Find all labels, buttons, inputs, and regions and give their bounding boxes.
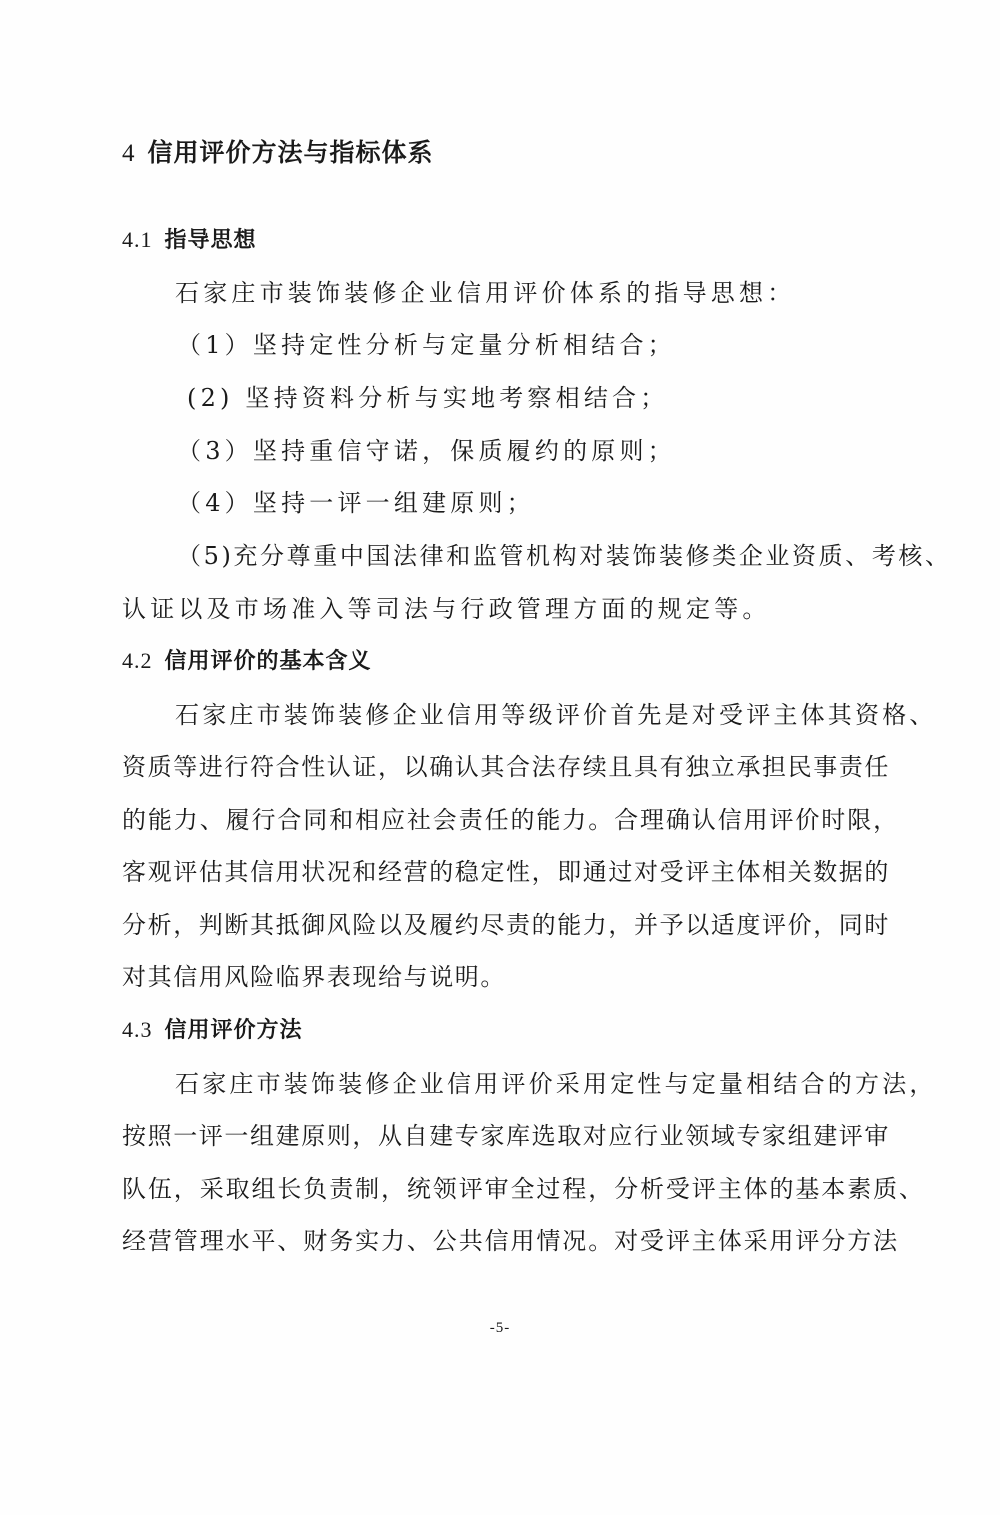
section-number: 4.3 (122, 1017, 153, 1042)
list-item: （3）坚持重信守诺，保质履约的原则； (177, 436, 676, 466)
paragraph-line: 对其信用风险临界表现给与说明。 (122, 962, 506, 992)
list-item-continuation: 认证以及市场准入等司法与行政管理方面的规定等。 (122, 594, 771, 624)
section-title: 信用评价方法 (165, 1018, 303, 1043)
paragraph-line: 资质等进行符合性认证，以确认其合法存续且具有独立承担民事责任 (122, 752, 890, 782)
paragraph-line: 石家庄市装饰装修企业信用等级评价首先是对受评主体其资格、 (175, 700, 937, 730)
paragraph-line: 石家庄市装饰装修企业信用评价体系的指导思想： (175, 278, 795, 308)
paragraph-line: 分析，判断其抵御风险以及履约尽责的能力，并予以适度评价，同时 (122, 910, 890, 940)
section-4-2-heading: 4.2信用评价的基本含义 (122, 646, 372, 677)
section-title: 指导思想 (165, 228, 257, 253)
paragraph-line: 按照一评一组建原则，从自建专家库选取对应行业领域专家组建评审 (122, 1121, 890, 1151)
list-item: (2) 坚持资料分析与实地考察相结合； (187, 383, 668, 413)
section-4-1-heading: 4.1指导思想 (122, 225, 257, 256)
section-title: 信用评价的基本含义 (165, 649, 372, 674)
list-item: （1）坚持定性分析与定量分析相结合； (177, 330, 676, 360)
section-4-heading: 4信用评价方法与指标体系 (122, 138, 434, 169)
section-number: 4.1 (122, 227, 153, 252)
page-number: -5- (0, 1320, 1000, 1337)
paragraph-line: 经营管理水平、财务实力、公共信用情况。对受评主体采用评分方法 (122, 1226, 899, 1256)
list-item: （4）坚持一评一组建原则； (177, 488, 535, 518)
section-number: 4.2 (122, 648, 153, 673)
document-page: 4信用评价方法与指标体系 4.1指导思想 石家庄市装饰装修企业信用评价体系的指导… (0, 0, 1000, 1515)
paragraph-line: 队伍，采取组长负责制，统领评审全过程，分析受评主体的基本素质、 (122, 1174, 925, 1204)
section-4-3-heading: 4.3信用评价方法 (122, 1015, 303, 1046)
paragraph-line: 的能力、履行合同和相应社会责任的能力。合理确认信用评价时限， (122, 805, 899, 835)
paragraph-line: 客观评估其信用状况和经营的稳定性，即通过对受评主体相关数据的 (122, 857, 890, 887)
paragraph-line: 石家庄市装饰装修企业信用评价采用定性与定量相结合的方法， (175, 1069, 937, 1099)
section-number: 4 (122, 140, 136, 167)
list-item: （5)充分尊重中国法律和监管机构对装饰装修类企业资质、考核、 (177, 541, 952, 571)
section-title: 信用评价方法与指标体系 (148, 138, 434, 167)
